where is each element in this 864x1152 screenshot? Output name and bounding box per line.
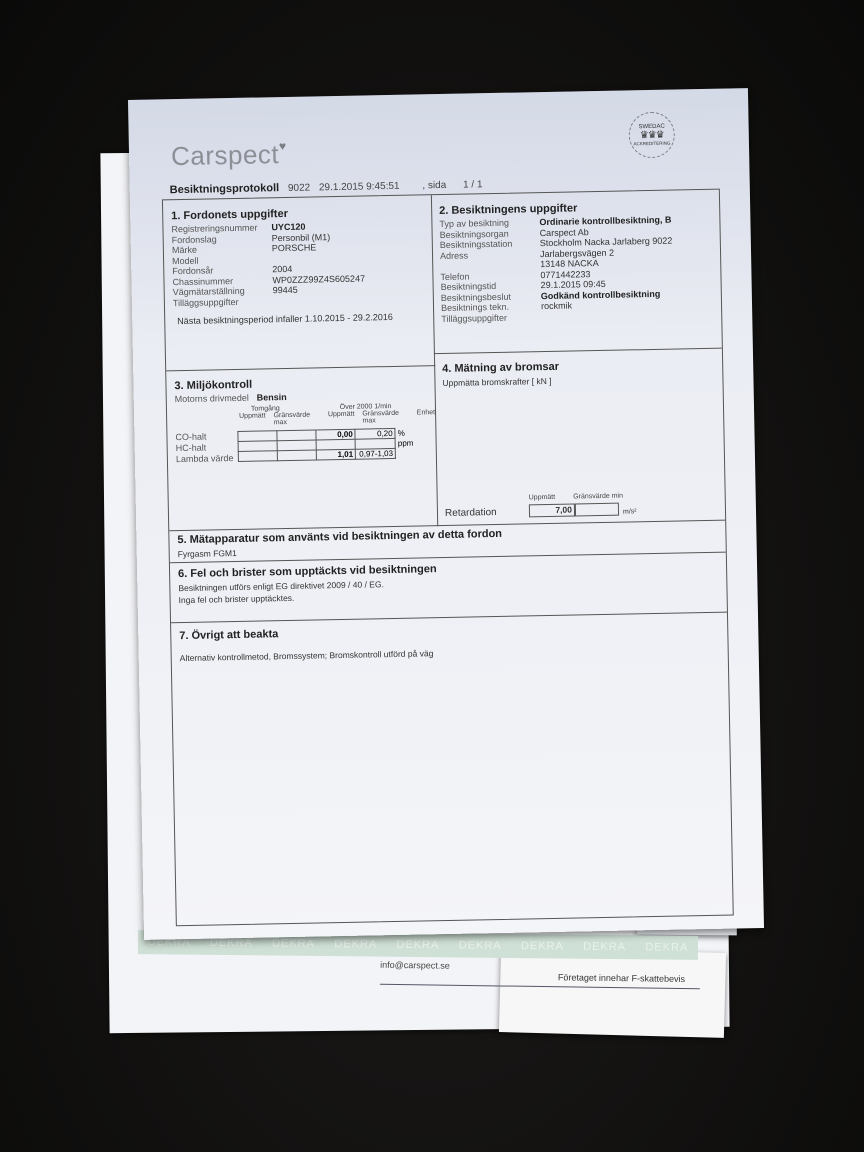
footer-email: info@carspect.se	[380, 960, 450, 971]
section-inspection-info: 2. Besiktningens uppgifter Typ av besikt…	[431, 190, 722, 354]
col-measured: Uppmätt	[239, 412, 266, 427]
section-vehicle-info: 1. Fordonets uppgifter Registreringsnumm…	[163, 195, 435, 371]
retardation-limit	[575, 503, 619, 517]
col-unit: Enhet	[417, 409, 436, 423]
table-cell: 0,20	[355, 428, 395, 439]
field-value: 2004	[272, 264, 292, 275]
field-value: Personbil (M1)	[272, 232, 331, 244]
dekra-watermark: DEKRA	[396, 939, 439, 951]
section-other-notes: 7. Övrigt att beakta Alternativ kontroll…	[171, 612, 733, 925]
fuel-value: Bensin	[257, 392, 287, 403]
field-value: Jarlabergsvägen 2	[540, 247, 614, 259]
heart-icon: ♥	[279, 139, 287, 153]
section-title: 7. Övrigt att beakta	[179, 620, 727, 643]
protocol-title: Besiktningsprotokoll	[170, 182, 280, 196]
company-footer: info@carspect.se Företaget innehar F-ska…	[380, 958, 700, 989]
dekra-watermark: DEKRA	[334, 938, 377, 950]
field-value: WP0ZZZ99Z4S605247	[272, 273, 365, 285]
table-cell: 0,97-1,03	[356, 448, 396, 459]
dekra-watermark: DEKRA	[583, 941, 626, 953]
retardation-row: Retardation 7,00 m/s²	[445, 502, 637, 519]
inspection-protocol-sheet: Carspect♥ SWEDAC ♛♛♛ ACKREDITERING Besik…	[128, 88, 764, 940]
col-limit: Gränsvärde max	[362, 409, 409, 424]
dekra-watermark: DEKRA	[272, 937, 315, 949]
field-label: Tilläggsuppgifter	[173, 296, 273, 308]
dekra-watermark: DEKRA	[645, 941, 688, 953]
retardation-label: Retardation	[445, 506, 525, 519]
protocol-form: 1. Fordonets uppgifter Registreringsnumm…	[162, 189, 734, 927]
dekra-watermark: DEKRA	[210, 937, 253, 949]
next-inspection-period: Nästa besiktningsperiod infaller 1.10.20…	[177, 311, 433, 326]
brand-name: Carspect	[171, 139, 280, 171]
table-cell: 0,00	[315, 429, 355, 440]
protocol-datetime: 29.1.2015 9:45:51	[319, 181, 400, 194]
emissions-table: 0,000,20%ppm1,010,97-1,03	[237, 427, 436, 462]
table-cell	[277, 449, 316, 460]
footer-tax-note: Företaget innehar F-skattebevis	[558, 972, 685, 984]
notes-text: Alternativ kontrollmetod, Bromssystem; B…	[180, 642, 728, 665]
dekra-watermark: DEKRA	[459, 939, 502, 951]
col-limit: Gränsvärde min	[573, 493, 623, 501]
section-emissions: 3. Miljökontroll Motorns drivmedelBensin…	[166, 365, 438, 531]
section-brakes: 4. Mätning av bromsar Uppmätta bromskraf…	[434, 348, 725, 526]
page-label: , sida	[422, 180, 446, 191]
retardation-value: 7,00	[529, 503, 575, 517]
retardation-unit: m/s²	[623, 508, 637, 515]
station-number: 9022	[288, 183, 310, 194]
swedac-accreditation-seal: SWEDAC ♛♛♛ ACKREDITERING	[628, 112, 675, 159]
field-label: Tilläggsuppgifter	[441, 312, 541, 324]
field-value: PORSCHE	[272, 242, 317, 253]
row-label: Lambda värde	[176, 453, 234, 465]
field-value: 99445	[273, 285, 298, 296]
fuel-label: Motorns drivmedel	[175, 393, 257, 405]
brake-forces-label: Uppmätta bromskrafter [ kN ]	[442, 372, 722, 389]
page-number: 1 / 1	[463, 179, 483, 190]
dekra-watermark: DEKRA	[521, 940, 564, 952]
col-measured: Uppmätt	[529, 494, 556, 502]
unit-cell	[395, 447, 435, 458]
table-cell: 1,01	[316, 449, 356, 460]
field-value: rockmik	[541, 301, 572, 312]
table-cell	[238, 450, 277, 461]
field-value: UYC120	[271, 222, 305, 233]
col-measured: Uppmätt	[328, 410, 355, 425]
col-limit: Gränsvärde max	[273, 411, 320, 426]
carspect-logo: Carspect♥	[171, 139, 287, 172]
